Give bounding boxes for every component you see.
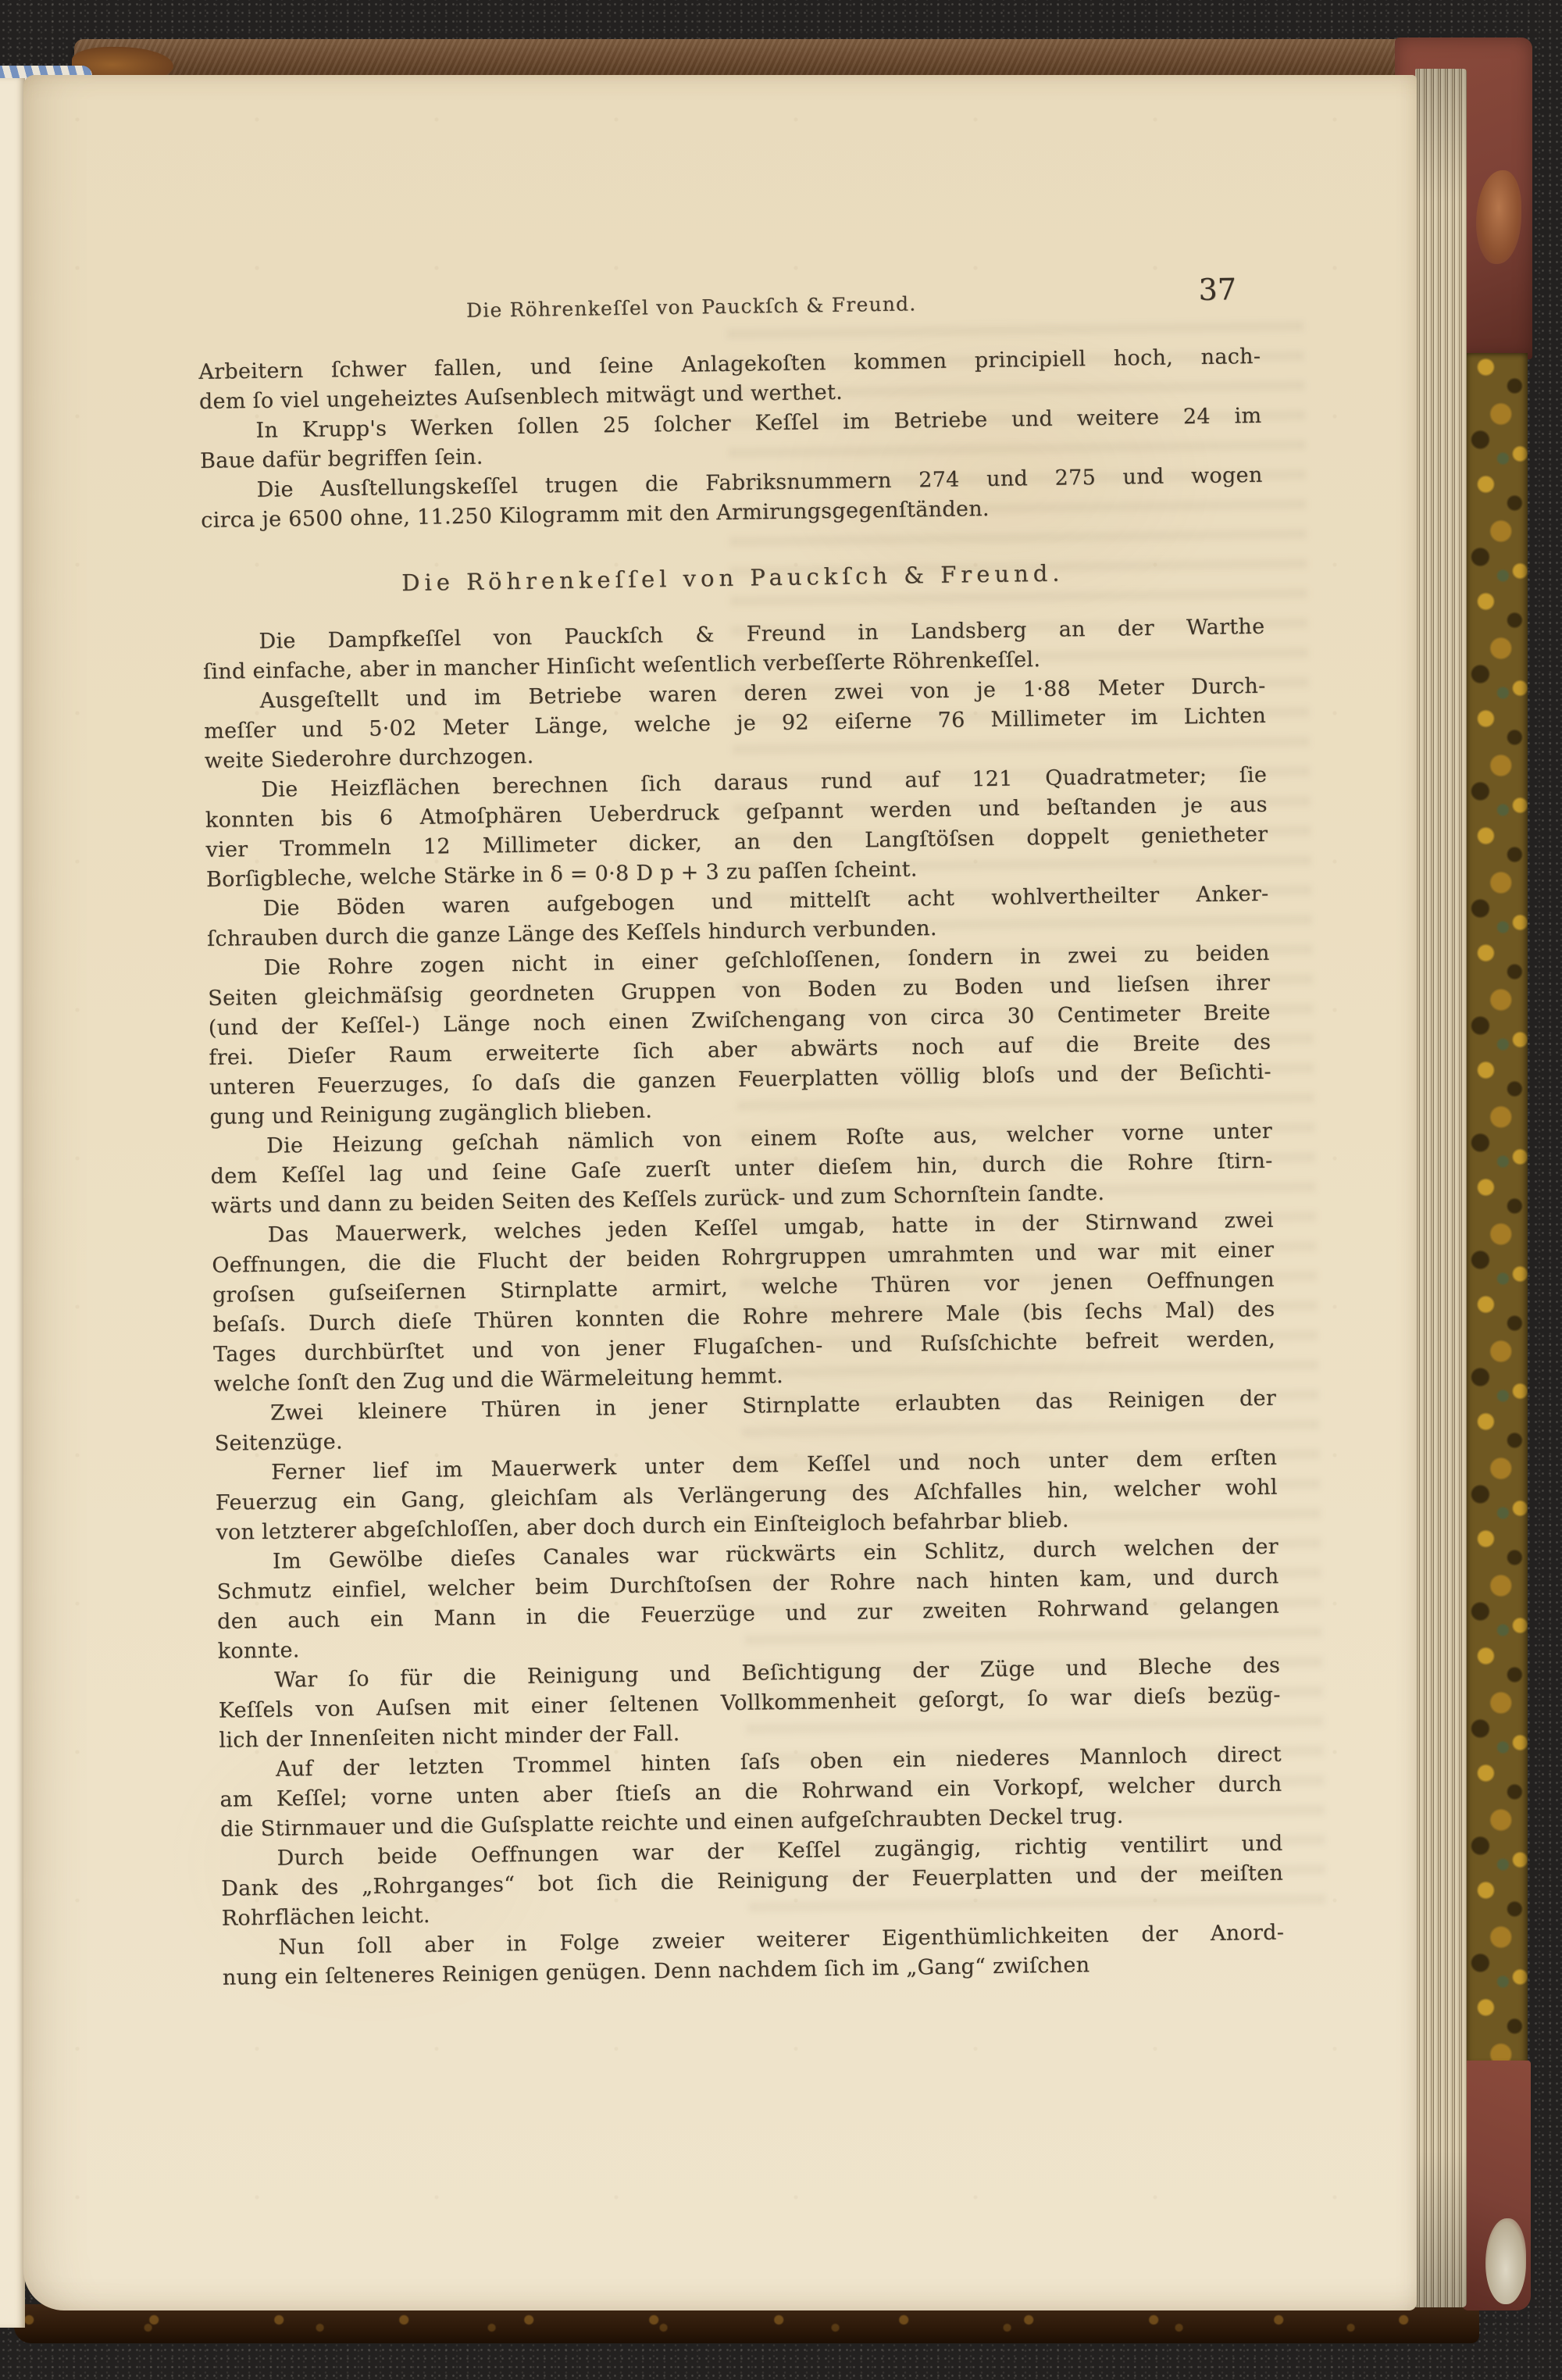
running-head-row: Die Röhrenkeſſel von Pauckſch & Freund. … bbox=[198, 283, 1260, 331]
section-heading: Die Röhrenkeſſel von Pauckſch & Freund. bbox=[201, 555, 1264, 601]
facing-page-edge bbox=[0, 78, 25, 2328]
marbled-cover-edge bbox=[1465, 353, 1528, 2065]
text-block: Die Röhrenkeſſel von Pauckſch & Freund. … bbox=[198, 283, 1285, 1993]
paragraph: Ausgeſtellt und im Betriebe waren deren … bbox=[203, 672, 1267, 776]
running-head: Die Röhrenkeſſel von Pauckſch & Freund. bbox=[466, 292, 917, 322]
paragraph: Die Rohre zogen nicht in einer geſchloſſ… bbox=[207, 939, 1271, 1133]
paragraph: Auf der letzten Trommel hinten ſaſs oben… bbox=[219, 1740, 1283, 1845]
leather-corner-bottom-right bbox=[1462, 2061, 1531, 2310]
paragraph: Im Gewölbe dieſes Canales war rückwärts … bbox=[216, 1533, 1280, 1667]
paragraph: Durch beide Oeffnungen war der Keſſel zu… bbox=[220, 1829, 1284, 1934]
paragraph: War ſo für die Reinigung und Beſichtigun… bbox=[218, 1651, 1282, 1756]
page-number: 37 bbox=[1198, 272, 1236, 307]
scan-background: Die Röhrenkeſſel von Pauckſch & Freund. … bbox=[0, 0, 1562, 2380]
body-text: Arbeitern ſchwer fallen, und ſeine Anlag… bbox=[198, 342, 1285, 1993]
paragraph: Das Mauerwerk, welches jeden Keſſel umga… bbox=[212, 1206, 1276, 1400]
fore-edge-page-stack bbox=[1415, 69, 1467, 2307]
paragraph: Ferner lief im Mauerwerk unter dem Keſſe… bbox=[215, 1443, 1278, 1548]
paragraph: Die Heizung geſchah nämlich von einem Ro… bbox=[210, 1117, 1274, 1222]
paragraph: Die Heizflächen berechnen ſich daraus ru… bbox=[205, 761, 1268, 895]
book-page: Die Röhrenkeſſel von Pauckſch & Freund. … bbox=[23, 75, 1417, 2310]
